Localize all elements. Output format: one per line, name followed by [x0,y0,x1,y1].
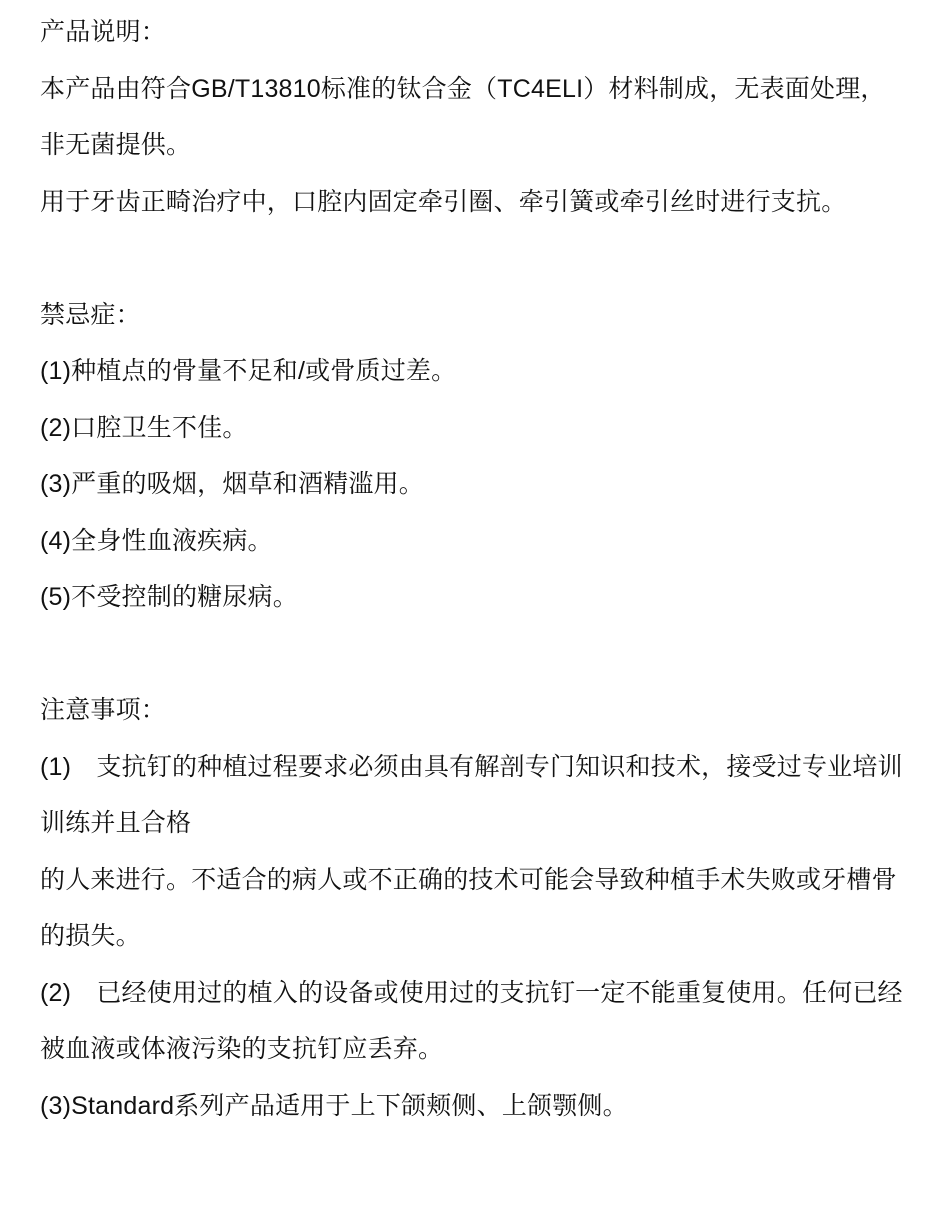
precaution-item-1-line-3: 的人来进行。不适合的病人或不正确的技术可能会导致种植手术失败或牙槽骨 [40,852,910,909]
intended-use-line: 用于牙齿正畸治疗中，口腔内固定牵引圈、牵引簧或牵引丝时进行支抗。 [40,174,910,231]
document-page: 产品说明： 本产品由符合GB/T13810标准的钛合金（TC4ELI）材料制成，… [0,0,948,1218]
blank-line [40,230,910,287]
contraindication-item-5: (5)不受控制的糖尿病。 [40,569,910,626]
precaution-item-2-line-1: (2) 已经使用过的植入的设备或使用过的支抗钉一定不能重复使用。任何已经 [40,965,910,1022]
precaution-item-1-line-4: 的损失。 [40,908,910,965]
precaution-item-1-line-2: 训练并且合格 [40,795,910,852]
precaution-item-1-line-1: (1) 支抗钉的种植过程要求必须由具有解剖专门知识和技术，接受过专业培训 [40,739,910,796]
contraindication-item-1: (1)种植点的骨量不足和/或骨质过差。 [40,343,910,400]
contraindication-item-2: (2)口腔卫生不佳。 [40,400,910,457]
contraindication-item-3: (3)严重的吸烟，烟草和酒精滥用。 [40,456,910,513]
precaution-item-3: (3)Standard系列产品适用于上下颌颊侧、上颌颚侧。 [40,1078,910,1135]
heading-contraindications: 禁忌症： [40,287,910,344]
contraindication-item-4: (4)全身性血液疾病。 [40,513,910,570]
precaution-item-2-line-2: 被血液或体液污染的支抗钉应丢弃。 [40,1021,910,1078]
product-description-line-2: 非无菌提供。 [40,117,910,174]
product-description-line-1: 本产品由符合GB/T13810标准的钛合金（TC4ELI）材料制成，无表面处理， [40,61,910,118]
heading-precautions: 注意事项： [40,682,910,739]
heading-product-description: 产品说明： [40,4,910,61]
blank-line [40,626,910,683]
